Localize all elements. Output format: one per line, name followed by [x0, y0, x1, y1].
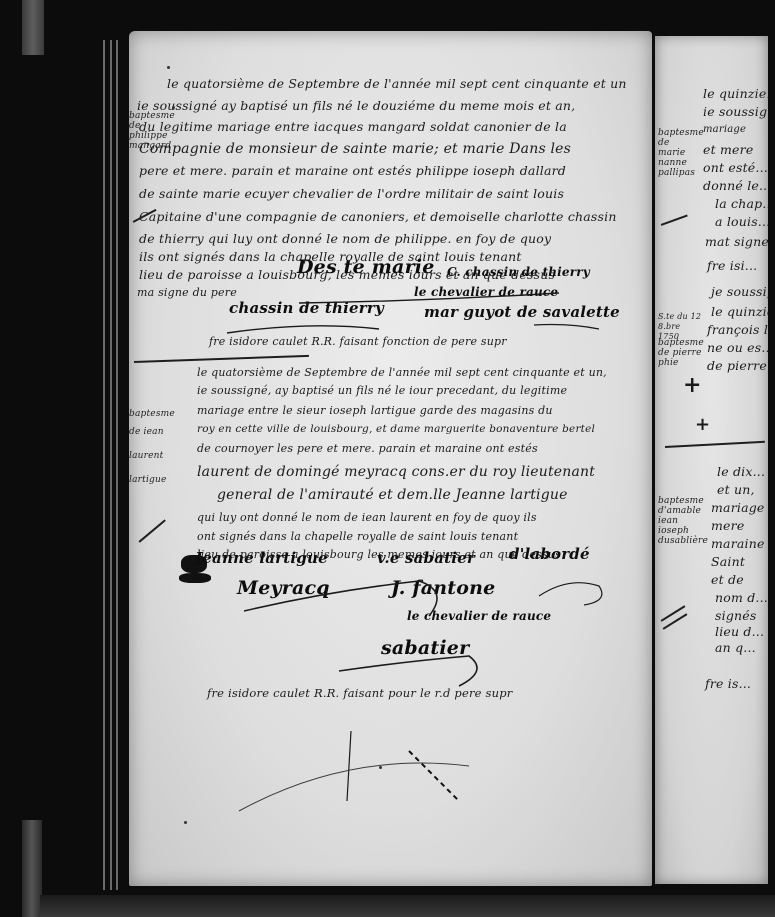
facing-fragment: la chap... — [715, 196, 768, 211]
margin-line: d'amable — [658, 506, 708, 516]
spine-line — [110, 40, 112, 890]
facing-fragment: nom d... — [715, 590, 768, 605]
margin-line: iean — [658, 516, 708, 526]
cross-mark: + — [683, 372, 702, 398]
facing-fragment: mere — [711, 518, 744, 533]
paper-speck — [167, 66, 170, 69]
facing-fragment: ne ou es... — [707, 340, 768, 355]
margin-line: S.te du 12 — [658, 312, 702, 322]
margin-slash — [661, 214, 688, 225]
facing-fragment: je soussig... — [711, 284, 768, 299]
facing-fragment: maraine — [711, 536, 765, 551]
margin-line: baptesme — [658, 128, 702, 138]
facing-fragment: a louis... — [715, 214, 768, 229]
margin-line: dusablière — [658, 536, 708, 546]
facing-fragment: ont esté... — [703, 160, 768, 175]
spine-line — [116, 40, 118, 890]
facing-fragment: donné le... — [703, 178, 768, 193]
facing-fragment: et de — [711, 572, 744, 587]
margin-line: phie — [658, 358, 702, 368]
facing-fragment: an q... — [715, 640, 756, 655]
bottom-board — [40, 895, 775, 917]
ink-flourishes — [129, 31, 652, 886]
facing-fragment: fre isi... — [707, 258, 757, 273]
facing-fragment: fre is... — [705, 676, 751, 691]
cross-mark: + — [695, 414, 710, 435]
paper-speck — [172, 106, 175, 109]
margin-line: de pierre — [658, 348, 702, 358]
paper-speck — [184, 821, 187, 824]
margin-line: baptesme — [658, 496, 708, 506]
margin-slash — [661, 605, 686, 621]
facing-fragment: mariage — [703, 124, 746, 135]
facing-fragment: le dix... — [717, 464, 765, 479]
margin-line: pallipas — [658, 168, 702, 178]
facing-fragment: signés — [715, 608, 756, 623]
facing-divider — [665, 441, 765, 448]
facing-fragment: ie soussig... — [703, 104, 768, 119]
facing-fragment: françois le... — [707, 322, 768, 337]
facing-fragment: mariage — [711, 500, 765, 515]
register-page-facing: baptesme de marie nanne pallipas S.te du… — [655, 36, 768, 884]
binding-strip-top — [22, 0, 44, 55]
facing-fragment: Saint — [711, 554, 745, 569]
facing-fragment: le quinzie... — [711, 304, 768, 319]
binding-strip-bottom — [22, 820, 42, 917]
facing-fragment: mat signe... — [705, 234, 768, 249]
paper-speck — [379, 766, 382, 769]
facing-margin-note-3: baptesme de pierre phie — [658, 338, 702, 368]
margin-line: marie — [658, 148, 702, 158]
margin-line: nanne — [658, 158, 702, 168]
facing-margin-note-4: baptesme d'amable iean ioseph dusablière — [658, 496, 708, 546]
facing-fragment: et un, — [717, 482, 755, 497]
margin-line: baptesme — [658, 338, 702, 348]
register-page-main: baptesme de philippe mangard le quatorsi… — [129, 31, 652, 886]
spine-line — [103, 40, 105, 890]
facing-margin-note-1: baptesme de marie nanne pallipas — [658, 128, 702, 178]
facing-fragment: le quinzie... — [703, 86, 768, 101]
margin-line: de — [658, 138, 702, 148]
facing-fragment: de pierre... — [707, 358, 768, 373]
facing-fragment: lieu d... — [715, 624, 764, 639]
margin-line: ioseph — [658, 526, 708, 536]
facing-fragment: et mere — [703, 142, 753, 157]
